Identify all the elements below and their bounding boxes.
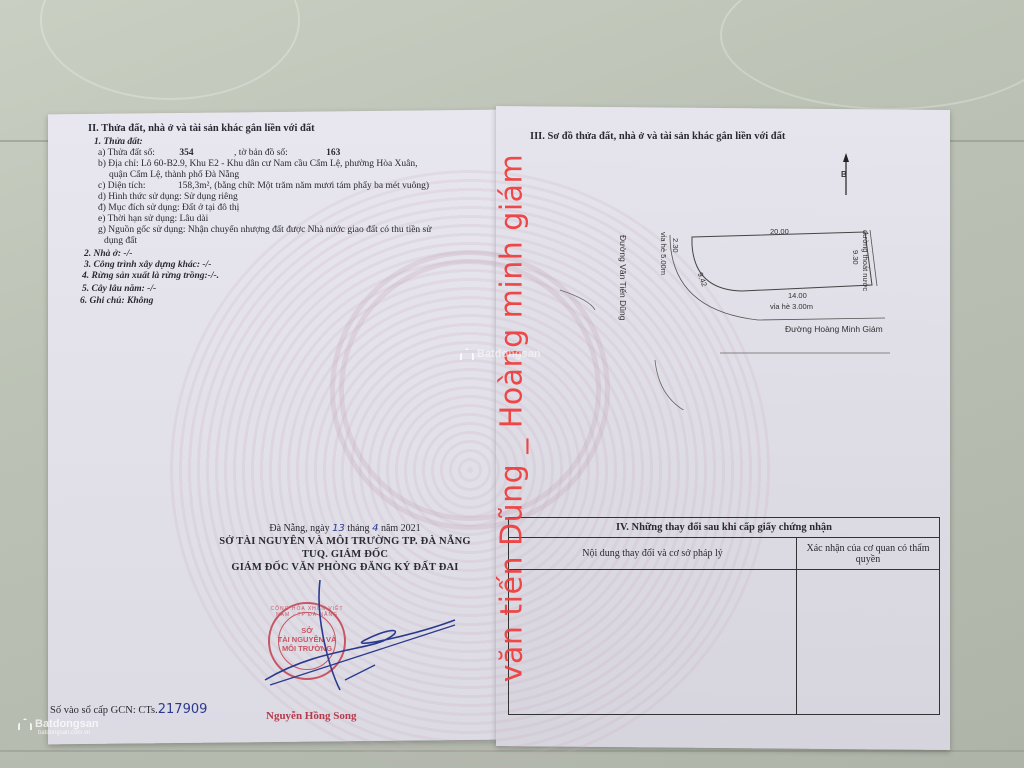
signature-block: Đà Nẵng, ngày 13 tháng 4 năm 2021 SỞ TÀI… <box>200 523 490 573</box>
watermark-tagline: batdongsan.com.vn <box>38 730 99 736</box>
section-iii-title: III. Sơ đồ thửa đất, nhà ở và tài sản kh… <box>530 131 785 142</box>
watermark-bottom: Batdongsan batdongsan.com.vn <box>18 718 99 736</box>
issuing-authority: SỞ TÀI NGUYÊN VÀ MÔI TRƯỜNG TP. ĐÀ NẴNG <box>200 536 490 547</box>
other-construction-row: 3. Công trình xây dựng khác: -/- <box>84 260 211 270</box>
parcel-row: a) Thửa đất số: 354 , tờ bản đồ số: 163 <box>98 148 340 158</box>
note-row: 6. Ghi chú: Không <box>80 296 153 306</box>
area-value: 158,3m², (bằng chữ: Một trăm năm mươi tá… <box>178 181 429 191</box>
usage-form: d) Hình thức sử dụng: Sử dụng riêng <box>98 192 238 202</box>
road-van-tien-dung: Đường Văn Tiến Dũng <box>618 235 628 320</box>
brand-logo-icon <box>460 348 474 360</box>
watermark-center: Batdongsan <box>460 348 541 360</box>
bottom-edge-length: 14.00 <box>788 291 807 300</box>
area-row: c) Diện tích: 158,3m², (bằng chữ: Một tr… <box>98 181 429 191</box>
date-day: 13 <box>332 523 345 534</box>
top-edge-length: 20.00 <box>770 227 789 236</box>
parcel-number: 354 <box>179 148 193 158</box>
changes-table: IV. Những thay đổi sau khi cấp giấy chứn… <box>508 517 940 715</box>
usage-purpose: đ) Mục đích sử dụng: Đất ở tại đô thị <box>98 203 239 213</box>
production-forest-row: 4. Rừng sản xuất là rừng trồng:-/-. <box>82 271 219 281</box>
left-short-edge-length: 2.30 <box>671 238 680 253</box>
signature-scribble <box>255 580 475 700</box>
usage-term: e) Thời hạn sử dụng: Lâu dài <box>98 214 208 224</box>
gcn-number: 217909 <box>158 702 208 717</box>
red-road-annotation: văn tiến Dũng _ Hoàng minh giám <box>495 154 530 683</box>
parcel-label: a) Thửa đất số: <box>98 148 155 158</box>
date-month: 4 <box>372 523 378 534</box>
changes-column-confirmation: Xác nhận của cơ quan có thẩm quyền <box>797 538 939 714</box>
changes-table-title: IV. Những thay đổi sau khi cấp giấy chứn… <box>509 518 939 538</box>
section-ii-title: II. Thửa đất, nhà ở và tài sản khác gắn … <box>88 123 315 134</box>
watermark-brand: Batdongsan <box>35 718 99 730</box>
road-hoang-minh-giam: Đường Hoàng Minh Giám <box>785 324 883 334</box>
drain-label: đường thoát nước <box>861 230 870 291</box>
right-edge-length: 9.30 <box>851 250 860 265</box>
gcn-register-number: Số vào sổ cấp GCN: CTs.217909 <box>50 702 207 717</box>
watermark-brand: Batdongsan <box>477 348 541 360</box>
sidewalk-left-label: vỉa hè 5.00m <box>659 232 668 275</box>
column-header-content: Nội dung thay đổi và cơ sở pháp lý <box>509 538 796 570</box>
signer-name: Nguyễn Hồng Song <box>266 710 356 722</box>
origin-line-2: dụng đất <box>104 236 137 246</box>
date-year: năm 2021 <box>381 523 421 534</box>
marble-vein <box>720 0 1024 110</box>
map-sheet-number: 163 <box>326 148 340 158</box>
date-month-label: tháng <box>347 523 369 534</box>
area-label: c) Diện tích: <box>98 181 145 191</box>
on-behalf-title: TUQ. GIÁM ĐỐC <box>200 549 490 560</box>
address-line-1: b) Địa chỉ: Lô 60-B2.9, Khu E2 - Khu dân… <box>98 159 418 169</box>
land-plot-diagram: B 20.00 14.00 2.30 9.42 9.30 đường thoát… <box>520 150 900 410</box>
perennial-trees-row: 5. Cây lâu năm: -/- <box>82 284 156 294</box>
origin-line-1: g) Nguồn gốc sử dụng: Nhận chuyển nhượng… <box>98 225 431 235</box>
changes-column-content: Nội dung thay đổi và cơ sở pháp lý <box>509 538 797 714</box>
gcn-label: Số vào sổ cấp GCN: CTs. <box>50 705 158 716</box>
date-prefix: Đà Nẵng, ngày <box>269 523 329 534</box>
issue-date: Đà Nẵng, ngày 13 tháng 4 năm 2021 <box>200 523 490 534</box>
marble-vein <box>40 0 300 100</box>
sidewalk-bottom-label: vỉa hè 3.00m <box>770 302 813 311</box>
north-label: B <box>841 170 847 179</box>
column-header-confirmation: Xác nhận của cơ quan có thẩm quyền <box>797 538 939 570</box>
map-sheet-label: , tờ bản đồ số: <box>234 148 288 158</box>
land-heading: 1. Thửa đất: <box>94 137 143 147</box>
office-director-title: GIÁM ĐỐC VĂN PHÒNG ĐĂNG KÝ ĐẤT ĐAI <box>200 562 490 573</box>
floor-tile-seam <box>0 750 1024 752</box>
house-row: 2. Nhà ở: -/- <box>84 249 132 259</box>
address-line-2: quận Cẩm Lệ, thành phố Đà Nẵng <box>109 170 239 180</box>
brand-logo-icon <box>18 718 32 730</box>
